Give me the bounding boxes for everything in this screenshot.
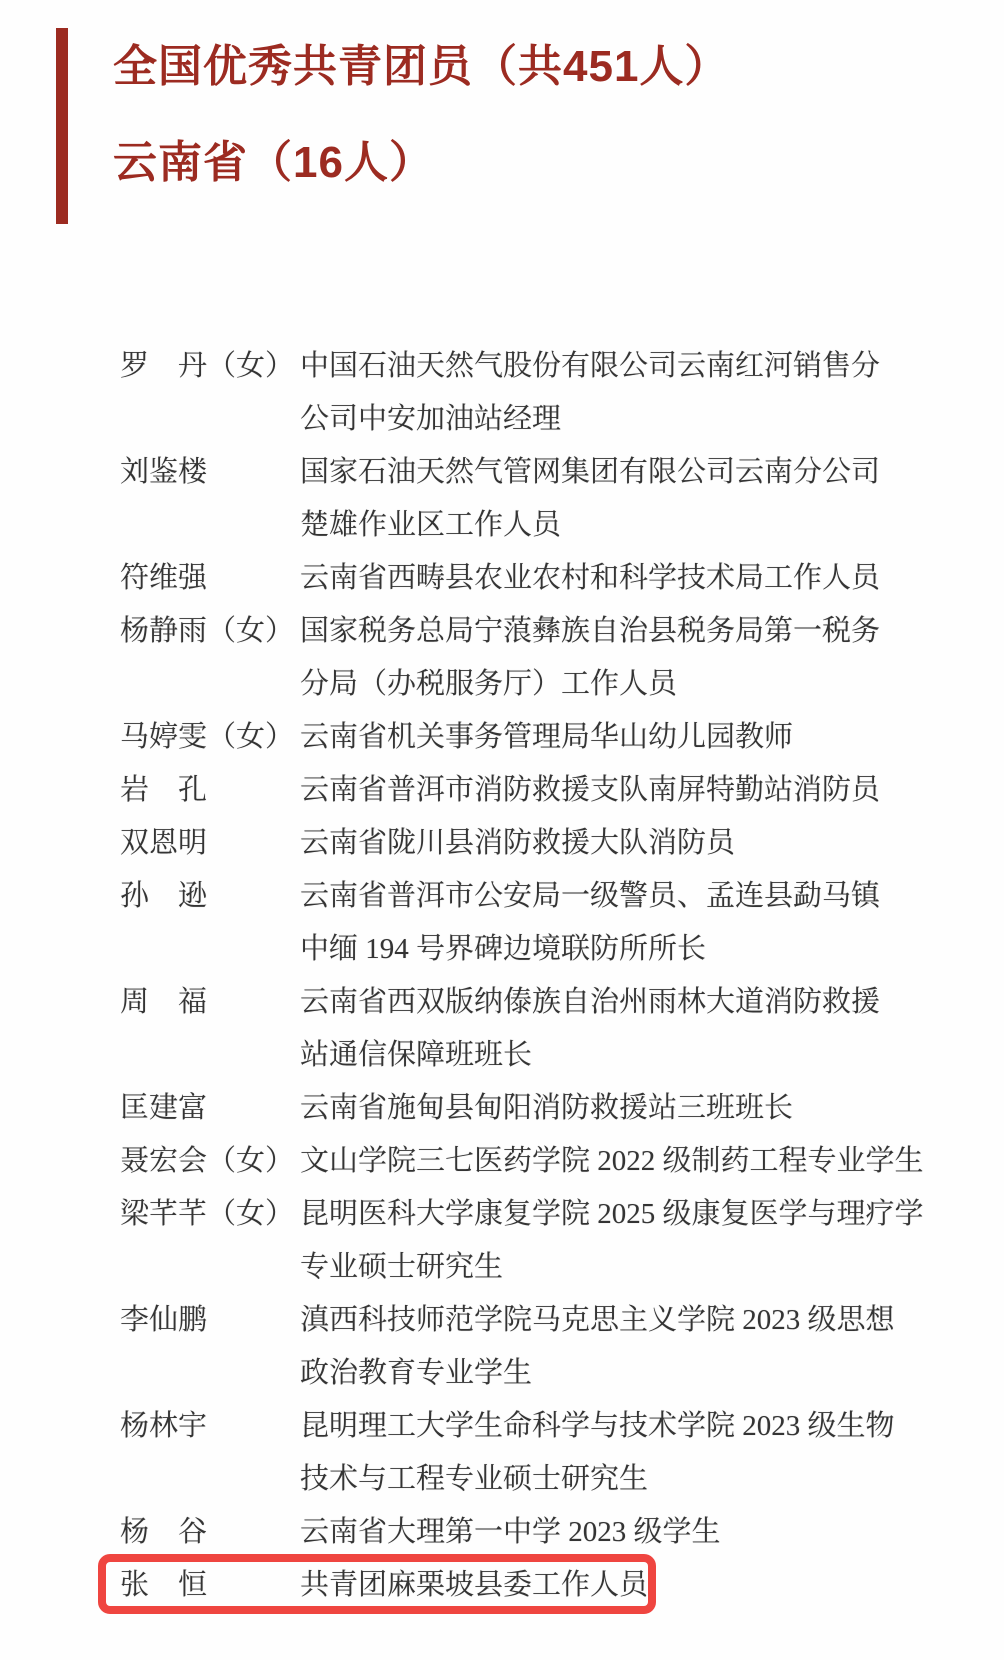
- list-item: 罗 丹（女）中国石油天然气股份有限公司云南红河销售分公司中安加油站经理: [120, 340, 1004, 446]
- member-description-line: 中国石油天然气股份有限公司云南红河销售分: [300, 340, 1004, 393]
- member-description-line: 云南省施甸县甸阳消防救援站三班班长: [300, 1082, 1004, 1135]
- member-name: 孙 逊: [120, 870, 300, 923]
- member-name: 聂宏会（女）: [120, 1135, 300, 1188]
- member-name: 杨林宇: [120, 1400, 300, 1453]
- member-name: 周 福: [120, 976, 300, 1029]
- list-item: 张 恒共青团麻栗坡县委工作人员: [120, 1559, 1004, 1612]
- member-description-line: 云南省陇川县消防救援大队消防员: [300, 817, 1004, 870]
- member-description: 文山学院三七医药学院 2022 级制药工程专业学生: [300, 1135, 1004, 1188]
- member-description: 昆明理工大学生命科学与技术学院 2023 级生物技术与工程专业硕士研究生: [300, 1400, 1004, 1506]
- member-name: 张 恒: [120, 1559, 300, 1612]
- member-description-line: 分局（办税服务厅）工作人员: [300, 658, 1004, 711]
- list-item: 李仙鹏滇西科技师范学院马克思主义学院 2023 级思想政治教育专业学生: [120, 1294, 1004, 1400]
- member-name: 符维强: [120, 552, 300, 605]
- member-name: 罗 丹（女）: [120, 340, 300, 393]
- list-item: 符维强云南省西畴县农业农村和科学技术局工作人员: [120, 552, 1004, 605]
- member-description-line: 云南省大理第一中学 2023 级学生: [300, 1506, 1004, 1559]
- member-description-line: 专业硕士研究生: [300, 1241, 1004, 1294]
- member-description-line: 云南省西畴县农业农村和科学技术局工作人员: [300, 552, 1004, 605]
- list-item: 匡建富云南省施甸县甸阳消防救援站三班班长: [120, 1082, 1004, 1135]
- member-description-line: 技术与工程专业硕士研究生: [300, 1453, 1004, 1506]
- member-description: 云南省大理第一中学 2023 级学生: [300, 1506, 1004, 1559]
- list-item: 杨 谷云南省大理第一中学 2023 级学生: [120, 1506, 1004, 1559]
- member-description-line: 云南省普洱市消防救援支队南屏特勤站消防员: [300, 764, 1004, 817]
- member-name: 刘鉴楼: [120, 446, 300, 499]
- member-description-line: 文山学院三七医药学院 2022 级制药工程专业学生: [300, 1135, 1004, 1188]
- page-title: 全国优秀共青团员（共451人）: [113, 42, 729, 92]
- title-accent-bar: [56, 28, 68, 224]
- list-item: 马婷雯（女）云南省机关事务管理局华山幼儿园教师: [120, 711, 1004, 764]
- section-title-province: 云南省（16人）: [113, 138, 434, 188]
- member-description-line: 公司中安加油站经理: [300, 393, 1004, 446]
- member-description-line: 云南省西双版纳傣族自治州雨林大道消防救援: [300, 976, 1004, 1029]
- member-description: 共青团麻栗坡县委工作人员: [300, 1559, 1004, 1612]
- member-description-line: 政治教育专业学生: [300, 1347, 1004, 1400]
- list-item: 梁芊芊（女）昆明医科大学康复学院 2025 级康复医学与理疗学专业硕士研究生: [120, 1188, 1004, 1294]
- list-item: 杨静雨（女）国家税务总局宁蒗彝族自治县税务局第一税务分局（办税服务厅）工作人员: [120, 605, 1004, 711]
- member-list: 罗 丹（女）中国石油天然气股份有限公司云南红河销售分公司中安加油站经理刘鉴楼国家…: [0, 340, 1004, 1612]
- member-name: 岩 孔: [120, 764, 300, 817]
- member-description: 昆明医科大学康复学院 2025 级康复医学与理疗学专业硕士研究生: [300, 1188, 1004, 1294]
- member-name: 双恩明: [120, 817, 300, 870]
- member-description-line: 共青团麻栗坡县委工作人员: [300, 1559, 1004, 1612]
- member-name: 马婷雯（女）: [120, 711, 300, 764]
- member-description: 国家税务总局宁蒗彝族自治县税务局第一税务分局（办税服务厅）工作人员: [300, 605, 1004, 711]
- member-description: 云南省机关事务管理局华山幼儿园教师: [300, 711, 1004, 764]
- list-item: 双恩明云南省陇川县消防救援大队消防员: [120, 817, 1004, 870]
- member-description: 云南省陇川县消防救援大队消防员: [300, 817, 1004, 870]
- member-description: 中国石油天然气股份有限公司云南红河销售分公司中安加油站经理: [300, 340, 1004, 446]
- member-name: 杨 谷: [120, 1506, 300, 1559]
- list-item: 聂宏会（女）文山学院三七医药学院 2022 级制药工程专业学生: [120, 1135, 1004, 1188]
- member-description-line: 滇西科技师范学院马克思主义学院 2023 级思想: [300, 1294, 1004, 1347]
- list-item: 杨林宇昆明理工大学生命科学与技术学院 2023 级生物技术与工程专业硕士研究生: [120, 1400, 1004, 1506]
- member-description-line: 云南省普洱市公安局一级警员、孟连县勐马镇: [300, 870, 1004, 923]
- member-description: 云南省普洱市消防救援支队南屏特勤站消防员: [300, 764, 1004, 817]
- member-name: 梁芊芊（女）: [120, 1188, 300, 1241]
- member-description-line: 昆明医科大学康复学院 2025 级康复医学与理疗学: [300, 1188, 1004, 1241]
- list-item: 刘鉴楼国家石油天然气管网集团有限公司云南分公司楚雄作业区工作人员: [120, 446, 1004, 552]
- member-description: 滇西科技师范学院马克思主义学院 2023 级思想政治教育专业学生: [300, 1294, 1004, 1400]
- member-description-line: 楚雄作业区工作人员: [300, 499, 1004, 552]
- member-description-line: 国家税务总局宁蒗彝族自治县税务局第一税务: [300, 605, 1004, 658]
- member-description-line: 云南省机关事务管理局华山幼儿园教师: [300, 711, 1004, 764]
- member-description-line: 站通信保障班班长: [300, 1029, 1004, 1082]
- list-item: 孙 逊云南省普洱市公安局一级警员、孟连县勐马镇中缅 194 号界碑边境联防所所长: [120, 870, 1004, 976]
- member-description-line: 中缅 194 号界碑边境联防所所长: [300, 923, 1004, 976]
- member-name: 杨静雨（女）: [120, 605, 300, 658]
- member-description: 云南省普洱市公安局一级警员、孟连县勐马镇中缅 194 号界碑边境联防所所长: [300, 870, 1004, 976]
- member-name: 李仙鹏: [120, 1294, 300, 1347]
- member-description: 云南省西畴县农业农村和科学技术局工作人员: [300, 552, 1004, 605]
- member-description-line: 昆明理工大学生命科学与技术学院 2023 级生物: [300, 1400, 1004, 1453]
- member-description: 云南省西双版纳傣族自治州雨林大道消防救援站通信保障班班长: [300, 976, 1004, 1082]
- member-description: 国家石油天然气管网集团有限公司云南分公司楚雄作业区工作人员: [300, 446, 1004, 552]
- document-page: 全国优秀共青团员（共451人） 云南省（16人） 罗 丹（女）中国石油天然气股份…: [0, 0, 1004, 1660]
- list-item: 周 福云南省西双版纳傣族自治州雨林大道消防救援站通信保障班班长: [120, 976, 1004, 1082]
- member-name: 匡建富: [120, 1082, 300, 1135]
- member-description-line: 国家石油天然气管网集团有限公司云南分公司: [300, 446, 1004, 499]
- member-description: 云南省施甸县甸阳消防救援站三班班长: [300, 1082, 1004, 1135]
- list-item: 岩 孔云南省普洱市消防救援支队南屏特勤站消防员: [120, 764, 1004, 817]
